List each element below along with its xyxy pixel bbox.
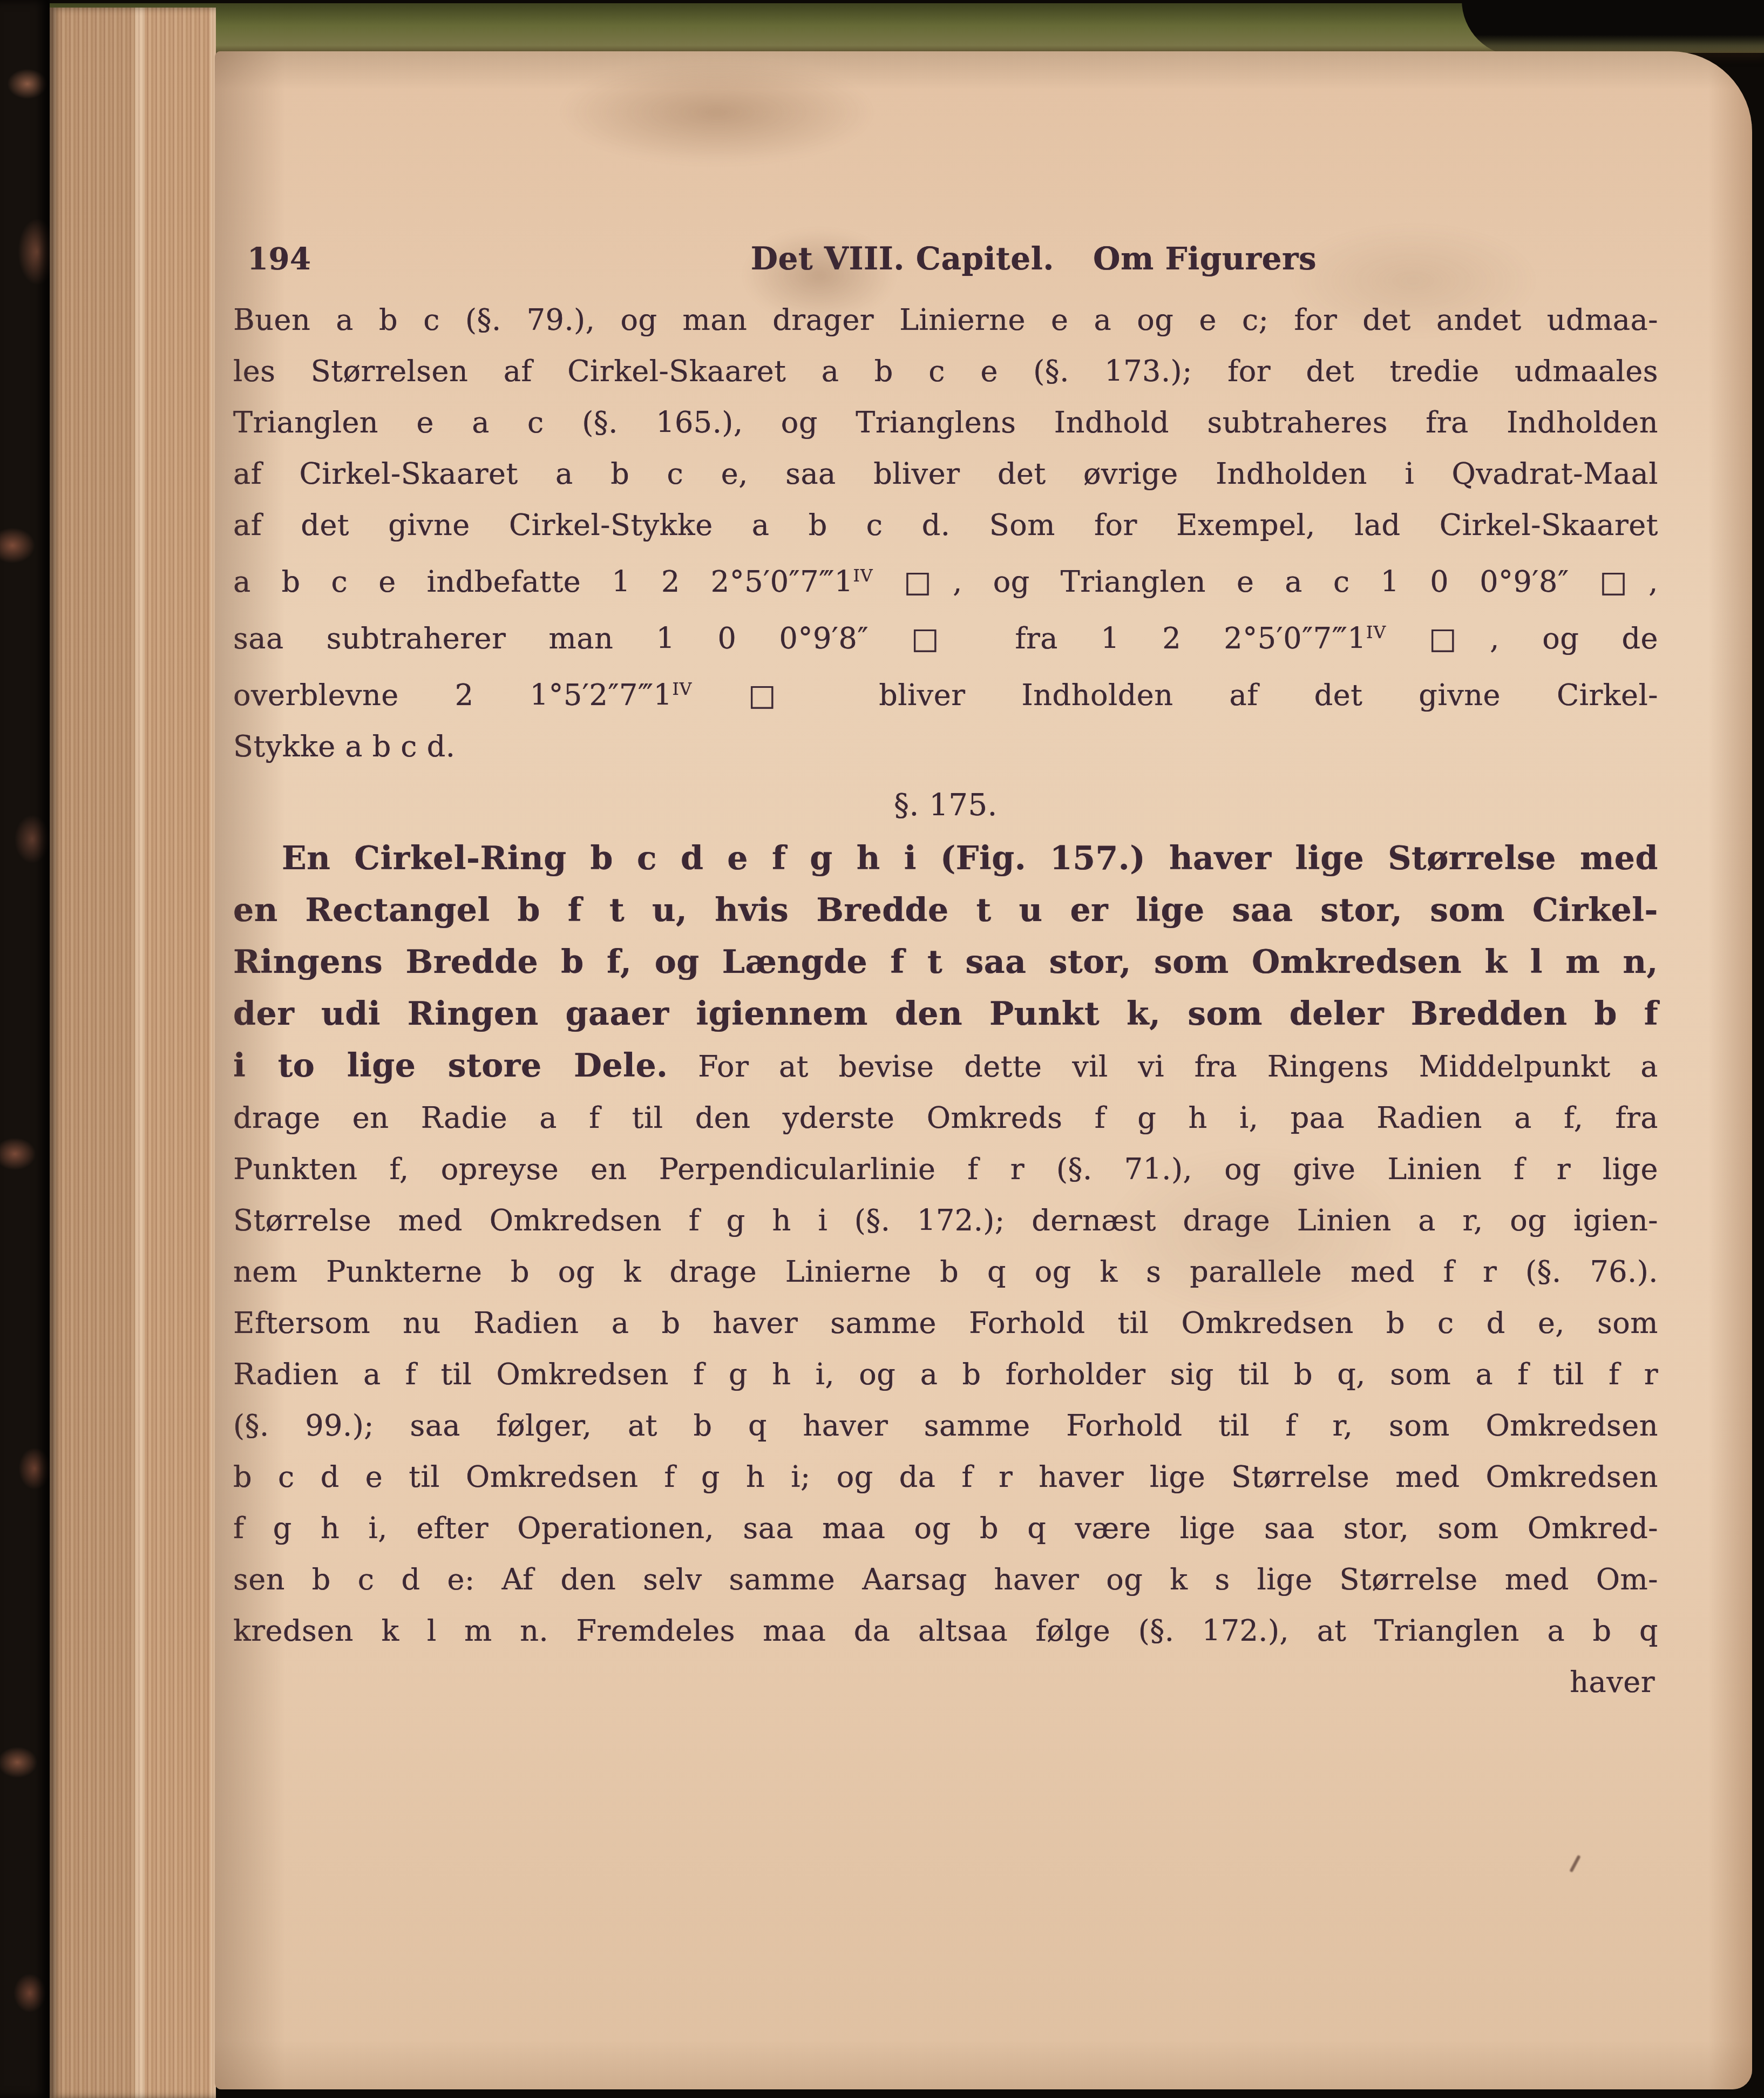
text-run: For at bevise dette vil vi fra Ringens M… bbox=[668, 1050, 1658, 1084]
text-line: a b c e indbefatte 1 2 2°5′0″7‴1IV □, og… bbox=[233, 551, 1658, 607]
text-run: af Cirkel-Skaaret a b c e, saa bliver de… bbox=[233, 457, 1658, 491]
text-run: en Rectangel b f t u, hvis Bredde t u er… bbox=[233, 891, 1658, 929]
text-run: (§. 99.); saa følger, at b q haver samme… bbox=[233, 1409, 1658, 1443]
text-run: b c d e til Omkredsen f g h i; og da f r… bbox=[233, 1460, 1658, 1494]
text-line: i to lige store Dele. For at bevise dett… bbox=[233, 1040, 1658, 1092]
paper-stain bbox=[560, 61, 873, 164]
running-header: 194 Det VIII. Capitel. Om Figurers bbox=[233, 240, 1658, 294]
text-run: af det givne Cirkel-Stykke a b c d. Som … bbox=[233, 508, 1658, 542]
book-photo: 194 Det VIII. Capitel. Om Figurers Buen … bbox=[0, 0, 1764, 2098]
text-line: Ringens Bredde b f, og Længde f t saa st… bbox=[233, 937, 1658, 989]
text-run: Buen a b c (§. 79.), og man drager Linie… bbox=[233, 303, 1658, 337]
text-line: af det givne Cirkel-Stykke a b c d. Som … bbox=[233, 499, 1658, 551]
text-line: Størrelse med Omkredsen f g h i (§. 172.… bbox=[233, 1195, 1658, 1246]
text-line: af Cirkel-Skaaret a b c e, saa bliver de… bbox=[233, 448, 1658, 499]
paragraph-circle-segment: Buen a b c (§. 79.), og man drager Linie… bbox=[233, 294, 1658, 772]
page-stack-fore-edge bbox=[50, 8, 216, 2098]
text-line: f g h i, efter Operationen, saa maa og b… bbox=[233, 1503, 1658, 1554]
text-line: (§. 99.); saa følger, at b q haver samme… bbox=[233, 1400, 1658, 1451]
catchword: haver bbox=[233, 1656, 1658, 1708]
text-line: Stykke a b c d. bbox=[233, 721, 1658, 772]
superscript-ordinal: IV bbox=[853, 566, 873, 586]
book-page: 194 Det VIII. Capitel. Om Figurers Buen … bbox=[215, 51, 1752, 2089]
text-run: Eftersom nu Radien a b haver samme Forho… bbox=[233, 1306, 1658, 1340]
section-heading: §. 175. bbox=[233, 780, 1658, 831]
text-line: en Rectangel b f t u, hvis Bredde t u er… bbox=[233, 885, 1658, 937]
text-line: Punkten f, opreyse en Perpendicularlinie… bbox=[233, 1143, 1658, 1195]
text-run: Ringens Bredde b f, og Længde f t saa st… bbox=[233, 943, 1658, 981]
text-line: En Cirkel-Ring b c d e f g h i (Fig. 157… bbox=[233, 833, 1658, 885]
text-run: En Cirkel-Ring b c d e f g h i (Fig. 157… bbox=[282, 840, 1658, 877]
background-shadow bbox=[1462, 0, 1764, 56]
text-run: Trianglen e a c (§. 165.), og Trianglens… bbox=[233, 405, 1658, 439]
text-run: saa subtraherer man 1 0 0°9′8″ □ fra 1 2… bbox=[233, 621, 1366, 655]
paragraph-circle-ring-theorem: En Cirkel-Ring b c d e f g h i (Fig. 157… bbox=[233, 833, 1658, 1656]
text-run: □ bliver Indholden af det givne Cirkel- bbox=[692, 678, 1658, 712]
text-line: kredsen k l m n. Fremdeles maa da altsaa… bbox=[233, 1605, 1658, 1656]
text-run: drage en Radie a f til den yderste Omkre… bbox=[233, 1101, 1658, 1135]
chapter-title-right: Om Figurers bbox=[1093, 240, 1317, 277]
chapter-running-title: Det VIII. Capitel. Om Figurers bbox=[409, 240, 1658, 277]
text-run: Radien a f til Omkredsen f g h i, og a b… bbox=[233, 1357, 1658, 1391]
book-cover-marbled bbox=[0, 0, 50, 2098]
text-line: Eftersom nu Radien a b haver samme Forho… bbox=[233, 1297, 1658, 1349]
text-line: sen b c d e: Af den selv samme Aarsag ha… bbox=[233, 1554, 1658, 1605]
text-line: Buen a b c (§. 79.), og man drager Linie… bbox=[233, 294, 1658, 346]
superscript-ordinal: IV bbox=[1366, 623, 1386, 642]
text-run: sen b c d e: Af den selv samme Aarsag ha… bbox=[233, 1562, 1658, 1596]
text-line: overblevne 2 1°5′2″7‴1IV □ bliver Indhol… bbox=[233, 664, 1658, 721]
text-line: b c d e til Omkredsen f g h i; og da f r… bbox=[233, 1451, 1658, 1503]
text-line: nem Punkterne b og k drage Linierne b q … bbox=[233, 1246, 1658, 1297]
text-line: drage en Radie a f til den yderste Omkre… bbox=[233, 1092, 1658, 1143]
page-content: 194 Det VIII. Capitel. Om Figurers Buen … bbox=[233, 240, 1658, 1708]
pen-mark bbox=[1569, 1855, 1580, 1873]
text-run: Punkten f, opreyse en Perpendicularlinie… bbox=[233, 1152, 1658, 1186]
superscript-ordinal: IV bbox=[672, 680, 692, 699]
text-line: Radien a f til Omkredsen f g h i, og a b… bbox=[233, 1349, 1658, 1400]
text-line: Trianglen e a c (§. 165.), og Trianglens… bbox=[233, 397, 1658, 448]
text-run: kredsen k l m n. Fremdeles maa da altsaa… bbox=[233, 1614, 1658, 1648]
text-run: a b c e indbefatte 1 2 2°5′0″7‴1 bbox=[233, 565, 853, 599]
text-run: overblevne 2 1°5′2″7‴1 bbox=[233, 678, 672, 712]
text-run: □, og Trianglen e a c 1 0 0°9′8″ □, bbox=[873, 565, 1658, 599]
text-run: i to lige store Dele. bbox=[233, 1047, 668, 1085]
text-line: saa subtraherer man 1 0 0°9′8″ □ fra 1 2… bbox=[233, 607, 1658, 664]
text-run: f g h i, efter Operationen, saa maa og b… bbox=[233, 1511, 1658, 1545]
text-line: der udi Ringen gaaer igiennem den Punkt … bbox=[233, 989, 1658, 1040]
text-run: Størrelse med Omkredsen f g h i (§. 172.… bbox=[233, 1203, 1658, 1237]
text-run: les Størrelsen af Cirkel-Skaaret a b c e… bbox=[233, 354, 1658, 388]
text-run: Stykke a b c d. bbox=[233, 729, 456, 763]
text-run: der udi Ringen gaaer igiennem den Punkt … bbox=[233, 995, 1658, 1033]
text-run: nem Punkterne b og k drage Linierne b q … bbox=[233, 1255, 1658, 1289]
page-number: 194 bbox=[233, 241, 409, 277]
chapter-title-left: Det VIII. Capitel. bbox=[751, 240, 1054, 277]
text-line: les Størrelsen af Cirkel-Skaaret a b c e… bbox=[233, 346, 1658, 397]
text-run: □, og de bbox=[1386, 621, 1658, 655]
